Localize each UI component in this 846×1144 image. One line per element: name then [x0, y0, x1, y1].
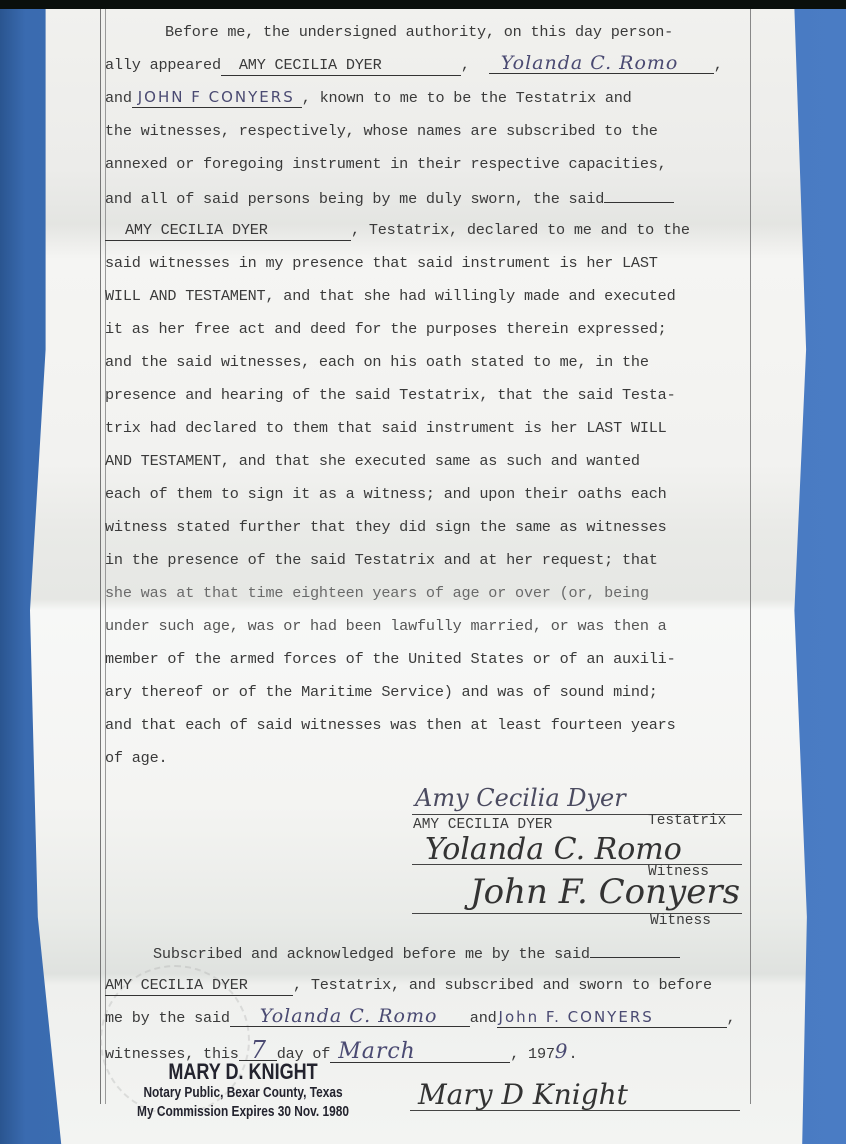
scan-top-edge — [0, 0, 846, 9]
notary-acknowledgment: Subscribed and acknowledged before me by… — [105, 936, 765, 1068]
year-digit-field: 9 — [555, 1039, 569, 1063]
notary-title: Notary Public, Bexar County, Texas — [120, 1084, 366, 1103]
testatrix-label: Testatrix — [648, 813, 726, 829]
p1-line-4: the witnesses, respectively, whose names… — [105, 115, 765, 148]
blank-line — [590, 936, 680, 958]
p1-line-1: Before me, the undersigned authority, on… — [105, 16, 765, 49]
testatrix-name-field-2: AMY CECILIA DYER — [105, 219, 351, 241]
blank-line — [604, 181, 674, 203]
day-field: 7 — [239, 1039, 277, 1061]
p1-line-21: ary thereof or of the Maritime Service) … — [105, 676, 765, 709]
p1-line-11: and the said witnesses, each on his oath… — [105, 346, 765, 379]
p1-line-5: annexed or foregoing instrument in their… — [105, 148, 765, 181]
p1-line-16: witness stated further that they did sig… — [105, 511, 765, 544]
p1-line-7: AMY CECILIA DYER, Testatrix, declared to… — [105, 214, 765, 247]
testatrix-name-field: AMY CECILIA DYER — [221, 54, 461, 76]
notary-signature-line — [410, 1110, 740, 1111]
witness-2-label: Witness — [650, 913, 711, 929]
notary-name: MARY D. KNIGHT — [120, 1060, 366, 1084]
p1-line-18: she was at that time eighteen years of a… — [105, 577, 765, 610]
p1-line-3: andJOHN F CONYERS, known to me to be the… — [105, 82, 765, 115]
testatrix-name-field-3: AMY CECILIA DYER — [105, 974, 293, 996]
notary-commission: My Commission Expires 30 Nov. 1980 — [120, 1103, 366, 1122]
p1-line-22: and that each of said witnesses was then… — [105, 709, 765, 742]
witness-1-signature: Yolanda C. Romo — [425, 832, 682, 867]
p2-line-3: me by the saidYolanda C. RomoandJohn F. … — [105, 1002, 765, 1035]
p2-line-1: Subscribed and acknowledged before me by… — [105, 936, 765, 969]
p1-line-23: of age. — [105, 742, 765, 775]
p1-line-19: under such age, was or had been lawfully… — [105, 610, 765, 643]
witness-2-handwritten: JOHN F CONYERS — [132, 86, 302, 108]
witness-1-handwritten: Yolanda C. Romo — [489, 52, 714, 74]
testatrix-printed-name: AMY CECILIA DYER — [413, 817, 552, 833]
notary-stamp: MARY D. KNIGHT Notary Public, Bexar Coun… — [120, 1060, 366, 1122]
p1-line-14: AND TESTAMENT, and that she executed sam… — [105, 445, 765, 478]
witness-2-name-field: John F. CONYERS — [497, 1006, 727, 1028]
p1-line-20: member of the armed forces of the United… — [105, 643, 765, 676]
p1-line-9: WILL AND TESTAMENT, and that she had wil… — [105, 280, 765, 313]
p1-line-15: each of them to sign it as a witness; an… — [105, 478, 765, 511]
witness-2-signature: John F. Conyers — [470, 872, 740, 912]
p2-line-2: AMY CECILIA DYER, Testatrix, and subscri… — [105, 969, 765, 1002]
testatrix-signature: Amy Cecilia Dyer — [415, 784, 626, 812]
p1-line-17: in the presence of the said Testatrix an… — [105, 544, 765, 577]
notary-signature: Mary D Knight — [418, 1078, 628, 1111]
p1-line-13: trix had declared to them that said inst… — [105, 412, 765, 445]
affidavit-body: Before me, the undersigned authority, on… — [105, 16, 765, 775]
p1-line-8: said witnesses in my presence that said … — [105, 247, 765, 280]
p1-line-6: and all of said persons being by me duly… — [105, 181, 765, 214]
p1-line-10: it as her free act and deed for the purp… — [105, 313, 765, 346]
witness-1-name-field: Yolanda C. Romo — [230, 1005, 470, 1027]
p1-line-2: ally appearedAMY CECILIA DYER, Yolanda C… — [105, 49, 765, 82]
p1-line-12: presence and hearing of the said Testatr… — [105, 379, 765, 412]
